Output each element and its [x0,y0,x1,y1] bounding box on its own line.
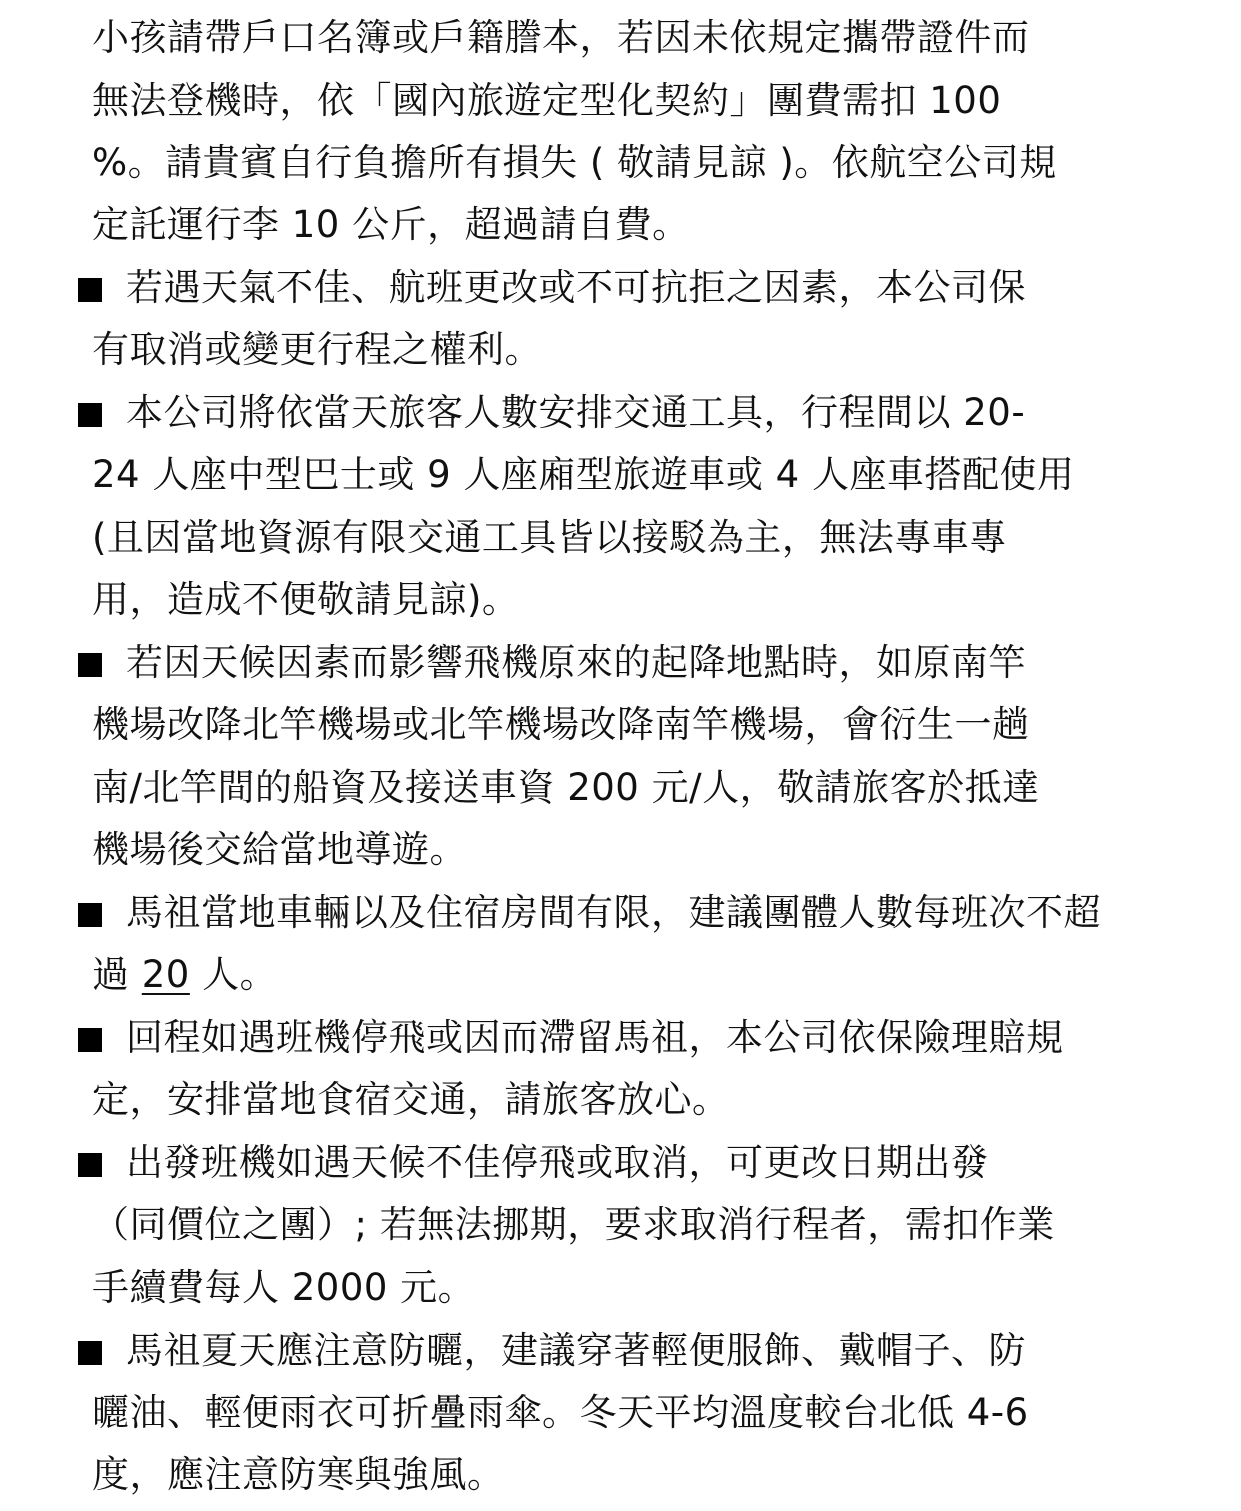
text-line: 回程如遇班機停飛或因而滯留馬祖，本公司依保險理賠規 [126,1016,1064,1060]
square-bullet-icon [78,903,102,927]
text-line: 度，應注意防寒與強風。 [92,1453,505,1497]
text-line: 若因天候因素而影響飛機原來的起降地點時，如原南竿 [126,641,1026,685]
text-line: %。請貴賓自行負擔所有損失 ( 敬請見諒 )。依航空公司規 [92,141,1057,185]
square-bullet-icon [78,653,102,677]
text-line: 用，造成不便敬請見諒)。 [92,578,519,622]
text-line: 馬祖當地車輛以及住宿房間有限，建議團體人數每班次不超 [126,891,1101,935]
text-line: 機場後交給當地導遊。 [92,828,467,872]
square-bullet-icon [78,1153,102,1177]
text-line: 出發班機如遇天候不佳停飛或取消，可更改日期出發 [126,1141,989,1185]
text-line: 馬祖夏天應注意防曬，建議穿著輕便服飾、戴帽子、防 [126,1329,1026,1373]
square-bullet-icon [78,1028,102,1052]
text-line: （同價位之團）; 若無法挪期，要求取消行程者，需扣作業 [92,1203,1055,1247]
text-line: 定託運行李 10 公斤，超過請自費。 [92,203,690,247]
text-line: 南/北竿間的船資及接送車資 200 元/人，敬請旅客於抵達 [92,766,1040,810]
text-line: (且因當地資源有限交通工具皆以接駁為主，無法專車專 [92,516,1007,560]
text-line: 有取消或變更行程之權利。 [92,328,542,372]
group-size-limit-value: 20 [142,953,190,996]
text-line: 本公司將依當天旅客人數安排交通工具，行程間以 20- [126,391,1025,435]
text-line: 小孩請帶戶口名簿或戶籍謄本，若因未依規定攜帶證件而 [92,16,1030,60]
square-bullet-icon [78,278,102,302]
text-line: 24 人座中型巴士或 9 人座廂型旅遊車或 4 人座車搭配使用 [92,453,1074,497]
text-line: 曬油、輕便雨衣可折疊雨傘。冬天平均溫度較台北低 4-6 [92,1391,1029,1435]
text-segment: 過 [92,953,142,996]
text-line: 無法登機時，依「國內旅遊定型化契約」團費需扣 100 [92,79,1001,123]
square-bullet-icon [78,403,102,427]
text-line: 過 20 人。 [92,953,277,997]
text-line: 機場改降北竿機場或北竿機場改降南竿機場，會衍生一趟 [92,703,1030,747]
square-bullet-icon [78,1341,102,1365]
text-line: 定，安排當地食宿交通，請旅客放心。 [92,1078,730,1122]
text-line: 手續費每人 2000 元。 [92,1266,475,1310]
text-segment: 人。 [190,953,277,996]
text-line: 若遇天氣不佳、航班更改或不可抗拒之因素，本公司保 [126,266,1026,310]
